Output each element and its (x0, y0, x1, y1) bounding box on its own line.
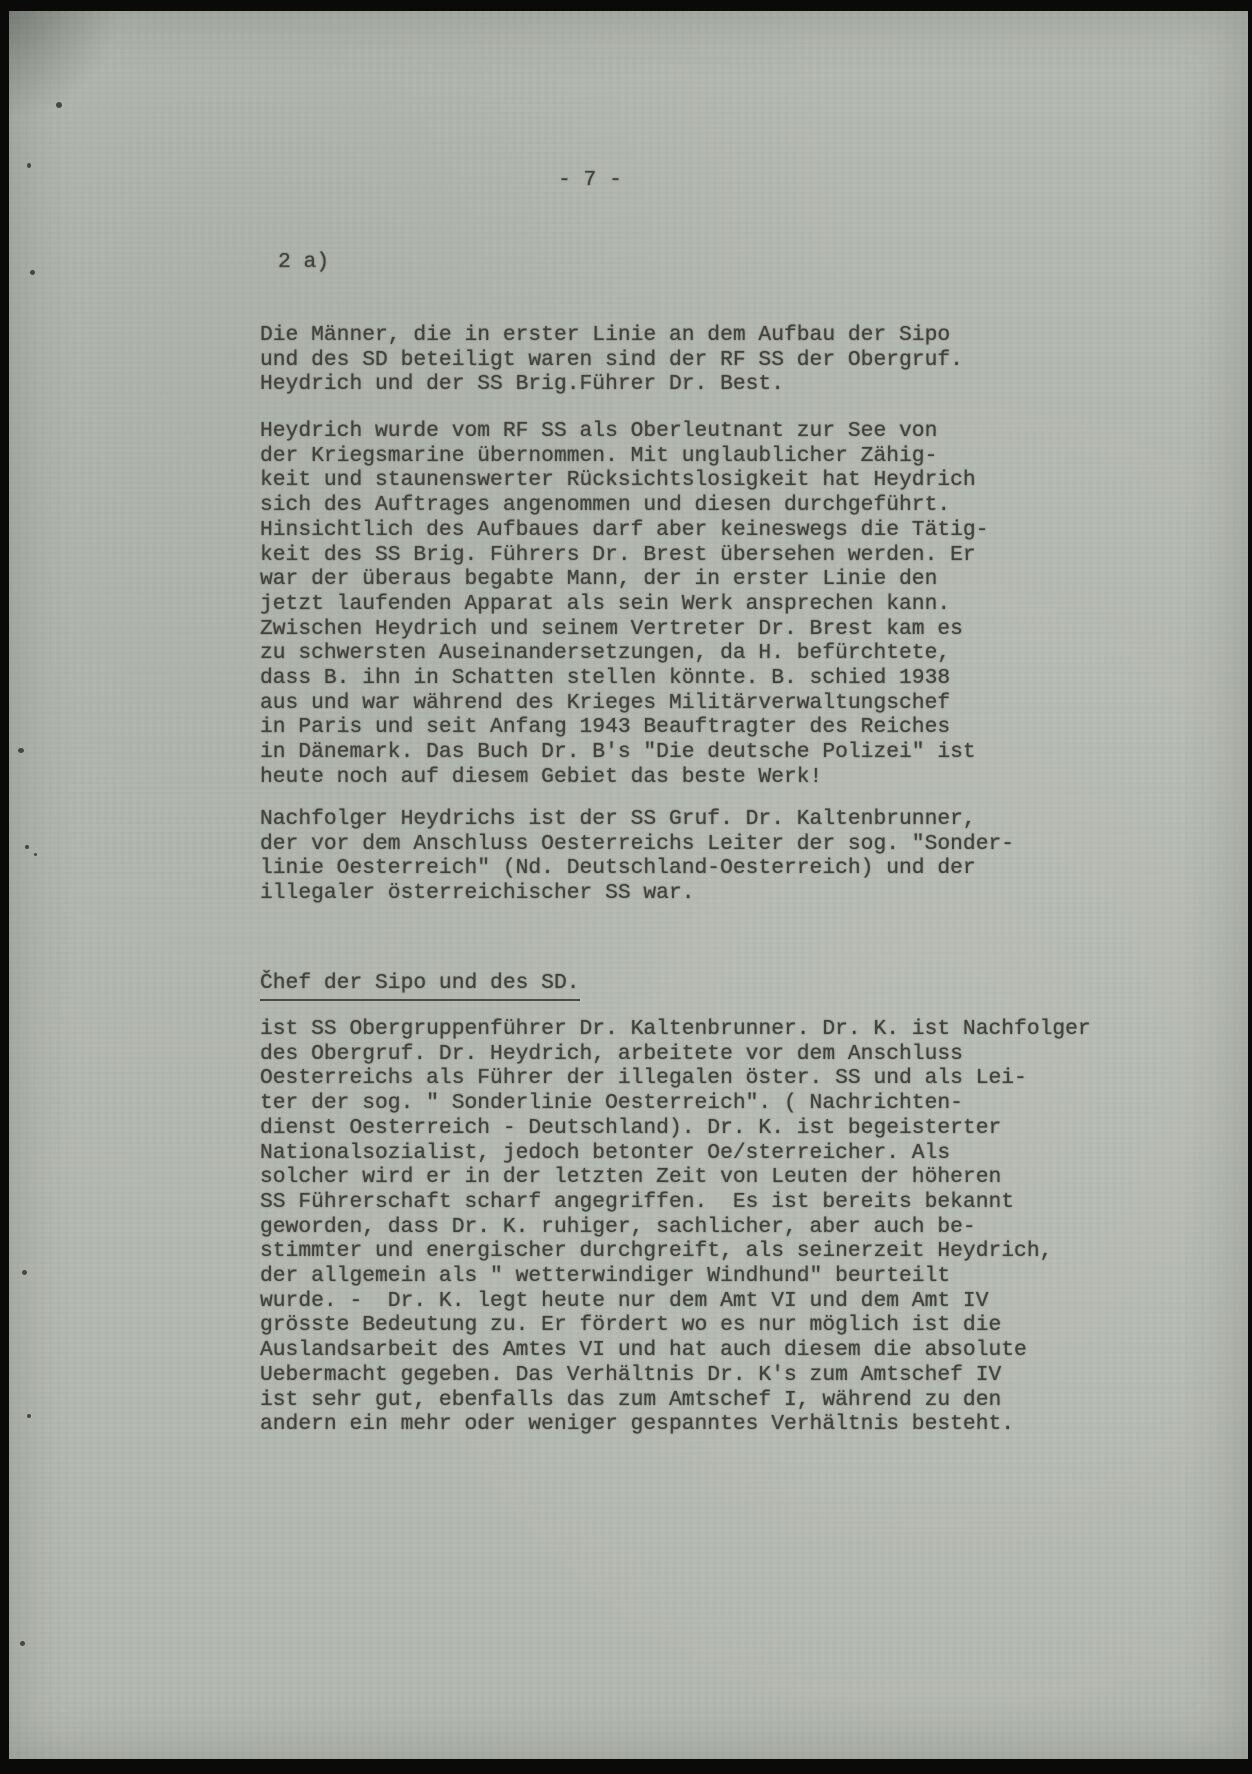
section-heading: Čhef der Sipo und des SD. (260, 971, 580, 1001)
ink-speck (22, 1270, 27, 1275)
ink-speck (20, 1641, 25, 1646)
section-label: 2 a) (278, 250, 329, 275)
ink-speck (27, 1414, 31, 1418)
paragraph: Heydrich wurde vom RF SS als Oberleutnan… (260, 419, 988, 790)
scanned-page-canvas: - 7 - 2 a) Die Männer, die in erster Lin… (0, 0, 1252, 1774)
ink-speck (30, 270, 35, 275)
page-number: - 7 - (558, 168, 622, 193)
paragraph: ist SS Obergruppenführer Dr. Kaltenbrunn… (260, 1017, 1091, 1437)
ink-speck (25, 845, 29, 849)
ink-speck (34, 853, 37, 856)
ink-speck (27, 163, 31, 168)
paragraph: Nachfolger Heydrichs ist der SS Gruf. Dr… (260, 807, 1014, 906)
ink-speck (56, 102, 62, 108)
paragraph: Die Männer, die in erster Linie an dem A… (260, 323, 963, 397)
ink-speck (18, 748, 24, 753)
scan-background: { "colors": { "paper": "#b5bab2", "ink":… (0, 0, 1252, 1774)
